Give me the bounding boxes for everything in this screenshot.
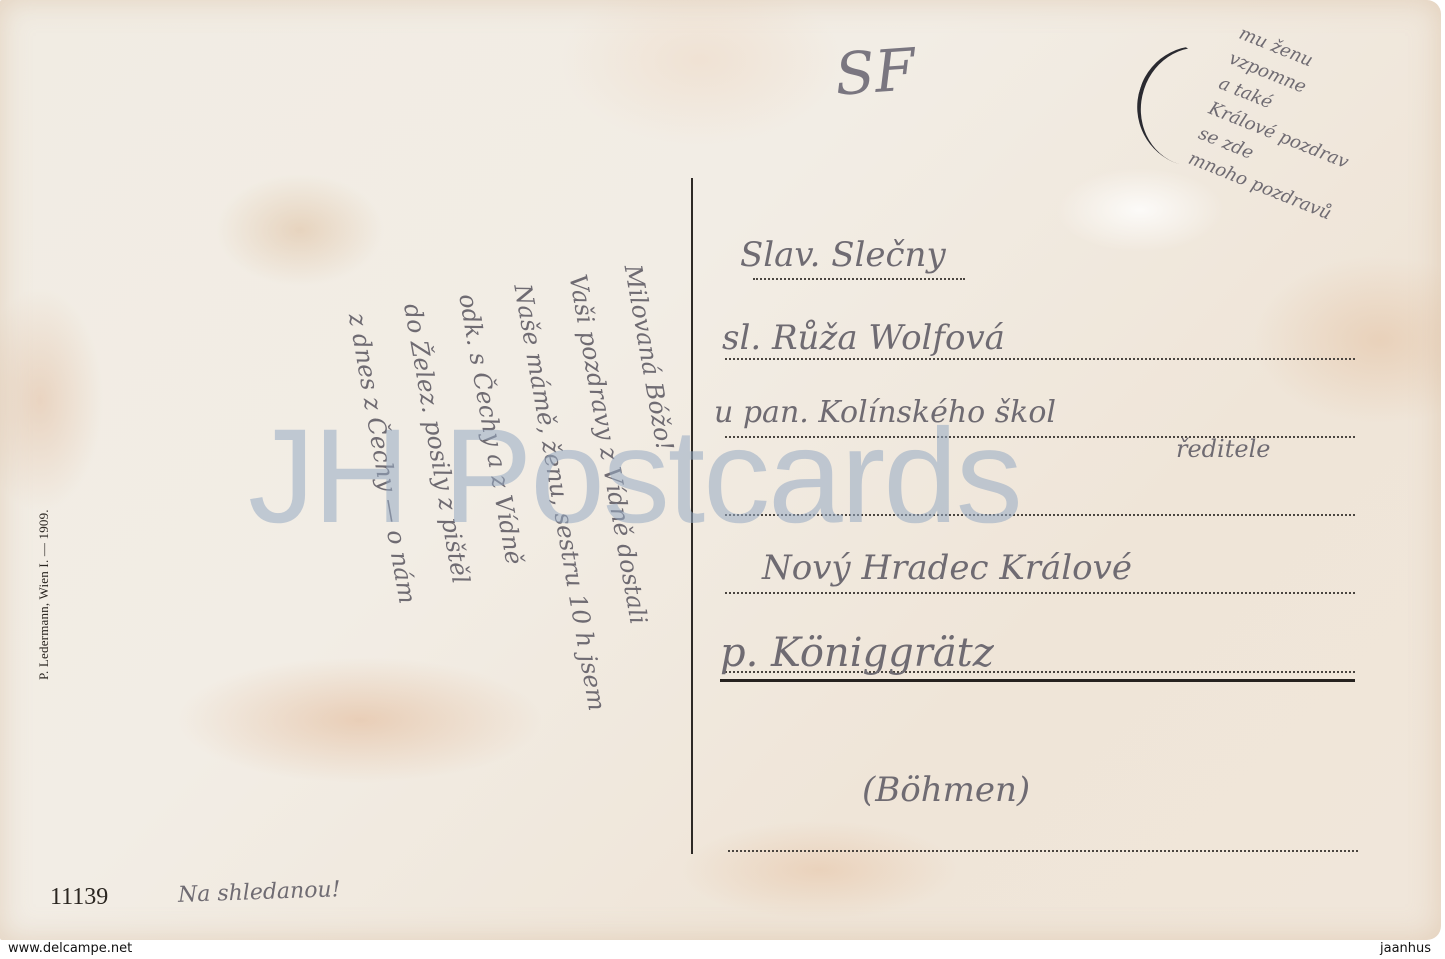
address-title: ředitele	[1176, 435, 1270, 463]
address-country: (Böhmen)	[862, 770, 1030, 810]
publisher-imprint: P. Ledermann, Wien I. — 1909.	[36, 509, 52, 680]
address-town: Nový Hradec Králové	[762, 548, 1132, 588]
address-name: sl. Růža Wolfová	[722, 318, 1005, 358]
credit-right: jaanhus	[1380, 941, 1431, 956]
address-city: p. Königgrätz	[720, 630, 994, 676]
address-line-7	[728, 850, 1358, 852]
credit-left: www.delcampe.net	[8, 941, 132, 956]
address-line-5	[725, 592, 1355, 594]
address-line-solid	[720, 679, 1355, 682]
address-line-2	[725, 358, 1355, 360]
address-salutation: Slav. Slečny	[740, 235, 946, 275]
closing-text: Na shledanou!	[178, 877, 341, 908]
card-number: 11139	[50, 884, 108, 911]
address-line-1	[753, 278, 965, 280]
watermark: JH Postcards	[248, 400, 1021, 553]
postcard-back: SF mu ženu vzpomne a také Králové pozdra…	[0, 0, 1441, 940]
pencil-mark: SF	[833, 35, 918, 108]
